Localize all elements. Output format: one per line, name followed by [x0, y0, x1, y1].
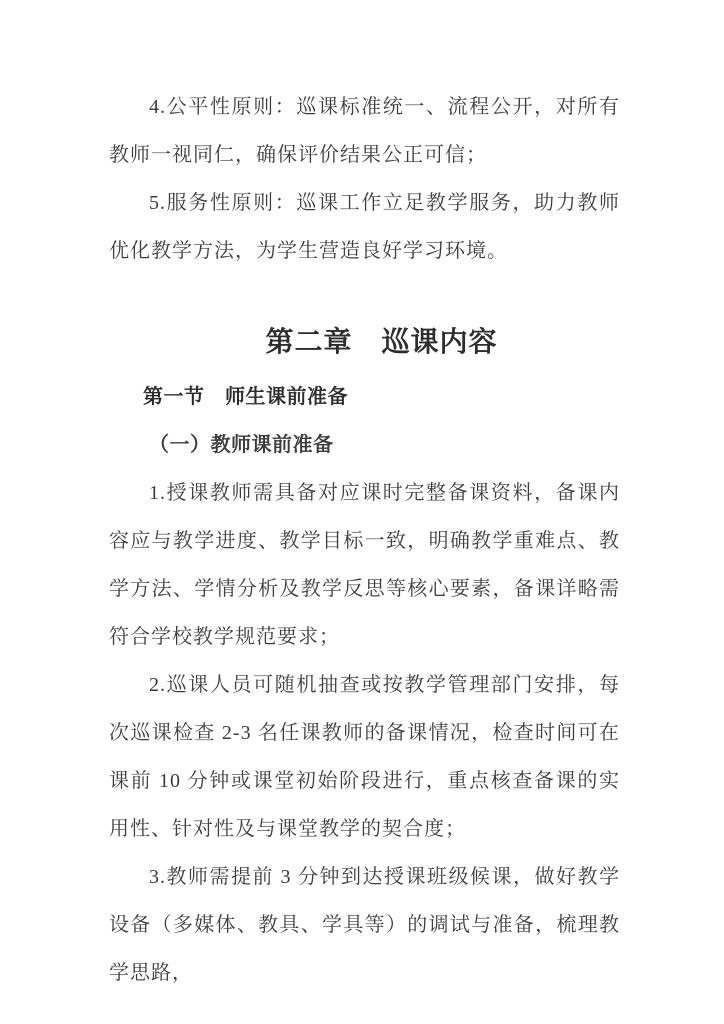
document-page: 4.公平性原则：巡课标准统一、流程公开，对所有教师一视同仁，确保评价结果公正可信…	[109, 83, 620, 997]
section-heading: 第一节 师生课前准备	[109, 373, 620, 421]
subsection-heading: （一）教师课前准备	[109, 421, 620, 469]
body-paragraph-3: 3.教师需提前 3 分钟到达授课班级候课，做好教学设备（多媒体、教具、学具等）的…	[109, 853, 620, 997]
body-paragraph-2: 2.巡课人员可随机抽查或按教学管理部门安排，每次巡课检查 2-3 名任课教师的备…	[109, 661, 620, 853]
chapter-title: 第二章 巡课内容	[109, 313, 620, 373]
intro-paragraph-4: 4.公平性原则：巡课标准统一、流程公开，对所有教师一视同仁，确保评价结果公正可信…	[109, 83, 620, 179]
body-paragraph-1: 1.授课教师需具备对应课时完整备课资料，备课内容应与教学进度、教学目标一致，明确…	[109, 469, 620, 661]
intro-paragraph-5: 5.服务性原则：巡课工作立足教学服务，助力教师优化教学方法，为学生营造良好学习环…	[109, 179, 620, 275]
